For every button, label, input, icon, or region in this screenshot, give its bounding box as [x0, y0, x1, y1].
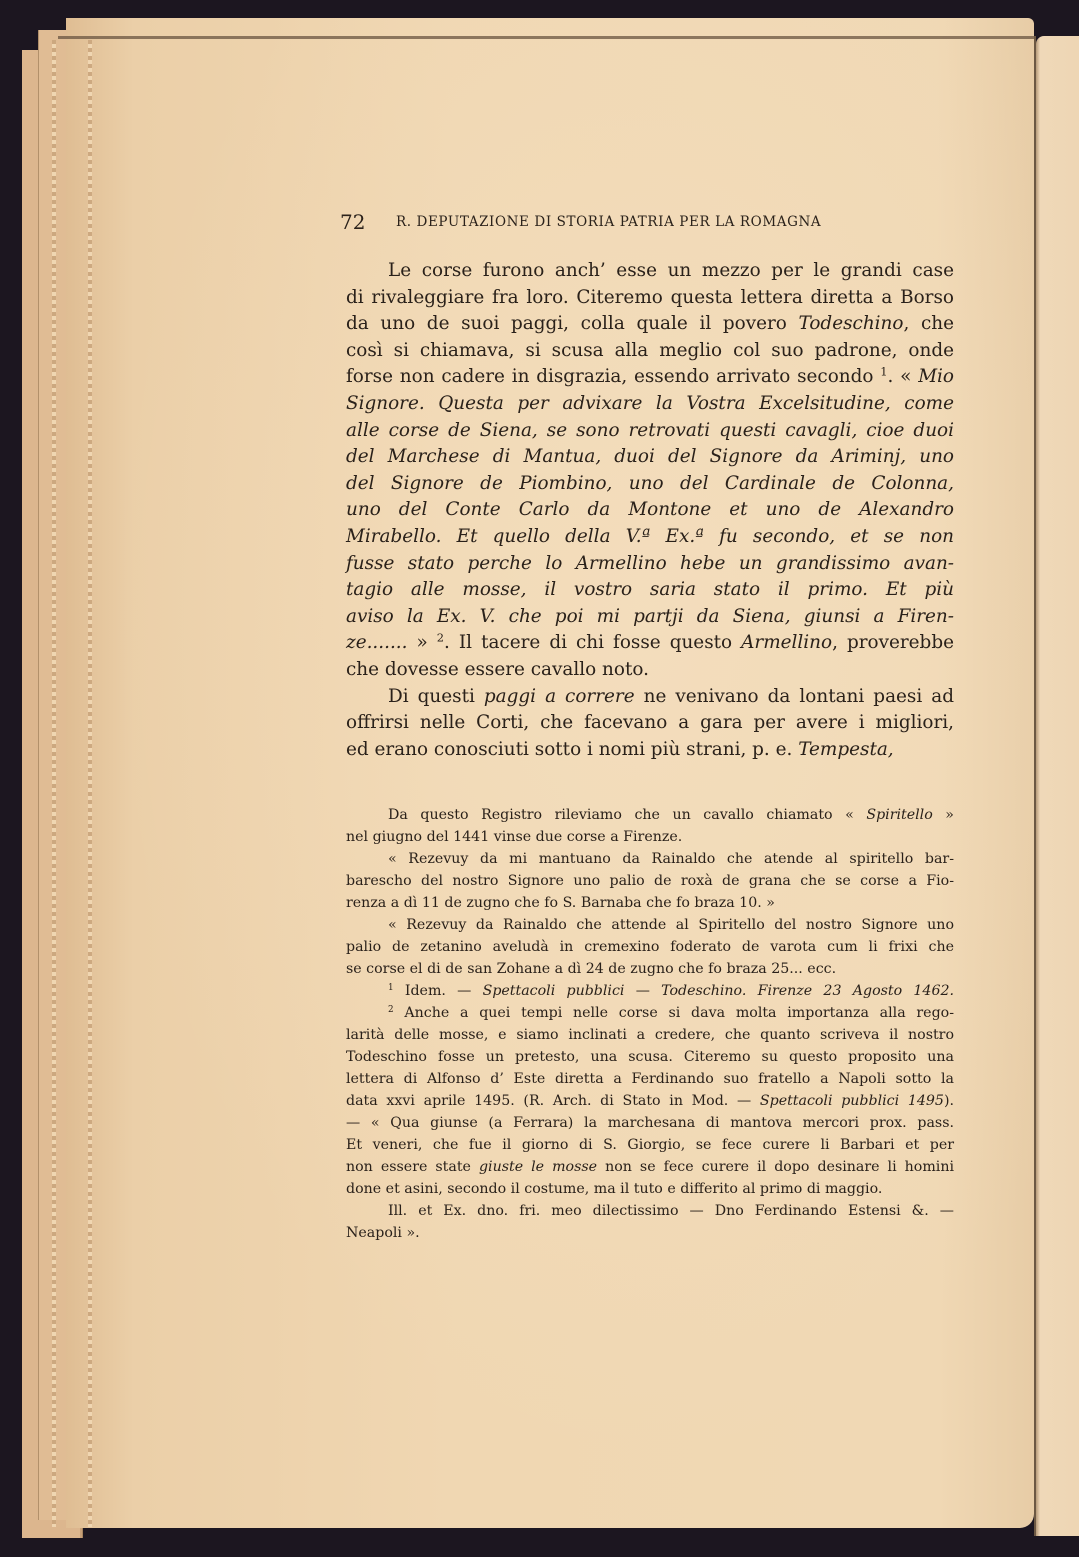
text-line: forse non cadere in disgrazia, essendo a… [346, 364, 954, 391]
text-run: Signore. Questa per advixare la Vostra E… [346, 393, 954, 414]
text-run: Mio [918, 366, 954, 387]
text-run: barescho del nostro Signore uno palio de… [346, 873, 954, 889]
text-run: nel giugno del 1441 vinse due corse a Fi… [346, 829, 682, 845]
text-line: larità delle mosse, e siamo inclinati a … [346, 1024, 954, 1046]
text-run: larità delle mosse, e siamo inclinati a … [346, 1027, 954, 1043]
text-run: , che [903, 313, 954, 334]
text-run: — [624, 983, 661, 999]
text-line: « Rezevuy da mi mantuano da Rainaldo che… [346, 848, 954, 870]
text-run: forse non cadere in disgrazia, essendo a… [346, 366, 880, 387]
text-line: del Marchese di Mantua, duoi del Signore… [346, 444, 954, 471]
text-line: da uno de suoi paggi, colla quale il pov… [346, 311, 954, 338]
text-run: . « [888, 366, 919, 387]
text-run: Le corse furono anch’ esse un mezzo per … [388, 260, 954, 281]
text-line: se corse el di de san Zohane a dì 24 de … [346, 958, 954, 980]
text-run: » [408, 632, 437, 653]
text-line: fusse stato perche lo Armellino hebe un … [346, 551, 954, 578]
text-line: Todeschino fosse un pretesto, una scusa.… [346, 1046, 954, 1068]
gutter [1034, 36, 1036, 1536]
text-line: così si chiamava, si scusa alla meglio c… [346, 338, 954, 365]
text-run: « Rezevuy da mi mantuano da Rainaldo che… [388, 851, 954, 867]
text-line: ze....... » 2. Il tacere di chi fosse qu… [346, 630, 954, 657]
text-run: Et veneri, che fue il giorno di S. Giorg… [346, 1137, 954, 1153]
text-run: che dovesse essere cavallo noto. [346, 659, 649, 680]
running-head: R. DEPUTAZIONE DI STORIA PATRIA PER LA R… [396, 214, 821, 230]
footnote-marker: 2 [437, 631, 444, 645]
text-run: Neapoli ». [346, 1225, 420, 1241]
footnote-1: 1 Idem. — Spettacoli pubblici — Todeschi… [346, 980, 954, 1002]
text-run: offrirsi nelle Corti, che facevano a gar… [346, 712, 954, 733]
text-run: ne venivano da lontani paesi ad [635, 686, 954, 707]
text-run: . Il tacere di chi fosse questo [444, 632, 741, 653]
text-run: non essere state [346, 1159, 479, 1175]
text-run: Todeschino fosse un pretesto, una scusa.… [346, 1049, 954, 1065]
text-run: Tempesta, [798, 739, 893, 760]
text-line: — « Qua giunse (a Ferrara) la marchesana… [346, 1112, 954, 1134]
text-line: aviso la Ex. V. che poi mi partji da Sie… [346, 604, 954, 631]
book-page [66, 18, 1034, 1528]
text-line: Le corse furono anch’ esse un mezzo per … [346, 258, 954, 285]
text-run: , proverebbe [832, 632, 954, 653]
text-line: 2 Anche a quei tempi nelle corse si dava… [346, 1002, 954, 1024]
text-line: che dovesse essere cavallo noto. [346, 657, 954, 684]
text-run: se corse el di de san Zohane a dì 24 de … [346, 961, 836, 977]
text-run: paggi a correre [484, 686, 635, 707]
text-line: offrirsi nelle Corti, che facevano a gar… [346, 710, 954, 737]
text-line: Signore. Questa per advixare la Vostra E… [346, 391, 954, 418]
footnote-marker: 1 [880, 365, 887, 379]
text-run: tagio alle mosse, il vostro saria stato … [346, 579, 954, 600]
paragraph: Le corse furono anch’ esse un mezzo per … [346, 258, 954, 684]
page-header: 72 R. DEPUTAZIONE DI STORIA PATRIA PER L… [340, 210, 955, 236]
text-line: Neapoli ». [346, 1222, 954, 1244]
text-run: lettera di Alfonso d’ Este diretta a Fer… [346, 1071, 954, 1087]
text-line: uno del Conte Carlo da Montone et uno de… [346, 497, 954, 524]
text-run: Todeschino. Firenze 23 Agosto 1462. [661, 983, 954, 999]
text-line: renza a dì 11 de zugno che fo S. Barnaba… [346, 892, 954, 914]
footnotes: Da questo Registro rileviamo che un cava… [346, 804, 954, 1244]
text-line: « Rezevuy da Rainaldo che attende al Spi… [346, 914, 954, 936]
text-run: Idem. — [394, 983, 483, 999]
text-run: Spettacoli pubblici 1495 [760, 1093, 944, 1109]
text-line: Mirabello. Et quello della V.ª Ex.ª fu s… [346, 524, 954, 551]
text-run: del Signore de Piombino, uno del Cardina… [346, 473, 954, 494]
text-run: « Rezevuy da Rainaldo che attende al Spi… [388, 917, 954, 933]
text-line: done et asini, secondo il costume, ma il… [346, 1178, 954, 1200]
page-top-edge [58, 36, 1034, 39]
binding-stitch [52, 40, 56, 1527]
text-line: 1 Idem. — Spettacoli pubblici — Todeschi… [346, 980, 954, 1002]
text-line: Et veneri, che fue il giorno di S. Giorg… [346, 1134, 954, 1156]
binding-stitch [88, 40, 92, 1527]
text-line: lettera di Alfonso d’ Este diretta a Fer… [346, 1068, 954, 1090]
scanned-book-spread: 72 R. DEPUTAZIONE DI STORIA PATRIA PER L… [0, 0, 1079, 1557]
page-number: 72 [340, 210, 365, 234]
text-run: — « Qua giunse (a Ferrara) la marchesana… [346, 1115, 954, 1131]
footnote-2: 2 Anche a quei tempi nelle corse si dava… [346, 1002, 954, 1244]
text-line: tagio alle mosse, il vostro saria stato … [346, 577, 954, 604]
text-run: così si chiamava, si scusa alla meglio c… [346, 340, 954, 361]
text-run: data xxvi aprile 1495. (R. Arch. di Stat… [346, 1093, 760, 1109]
text-line: data xxvi aprile 1495. (R. Arch. di Stat… [346, 1090, 954, 1112]
text-run: Spiritello [866, 807, 932, 823]
text-run: ). [944, 1093, 954, 1109]
text-run: Da questo Registro rileviamo che un cava… [388, 807, 866, 823]
text-line: barescho del nostro Signore uno palio de… [346, 870, 954, 892]
text-run: palio de zetanino aveludà in cremexino f… [346, 939, 954, 955]
text-run: Mirabello. Et quello della V.ª Ex.ª fu s… [346, 526, 954, 547]
text-run: di rivaleggiare fra loro. Citeremo quest… [346, 287, 954, 308]
text-run: Di questi [388, 686, 484, 707]
text-run: Armellino [741, 632, 832, 653]
text-run: fusse stato perche lo Armellino hebe un … [346, 553, 954, 574]
text-run: Anche a quei tempi nelle corse si dava m… [394, 1005, 954, 1021]
text-run: alle corse de Siena, se sono retrovati q… [346, 420, 954, 441]
text-run: » [933, 807, 954, 823]
text-run: non se fece curere il dopo desinare li h… [597, 1159, 954, 1175]
text-run: del Marchese di Mantua, duoi del Signore… [346, 446, 954, 467]
text-run: da uno de suoi paggi, colla quale il pov… [346, 313, 799, 334]
text-run: renza a dì 11 de zugno che fo S. Barnaba… [346, 895, 775, 911]
facing-page-edge [1036, 36, 1079, 1536]
text-run: ze....... [346, 632, 408, 653]
text-line: di rivaleggiare fra loro. Citeremo quest… [346, 285, 954, 312]
text-line: non essere state giuste le mosse non se … [346, 1156, 954, 1178]
text-line: Di questi paggi a correre ne venivano da… [346, 684, 954, 711]
paragraph: Di questi paggi a correre ne venivano da… [346, 684, 954, 764]
text-run: giuste le mosse [479, 1159, 597, 1175]
footnote-continuation: Da questo Registro rileviamo che un cava… [346, 804, 954, 980]
text-run: Todeschino [799, 313, 904, 334]
text-line: del Signore de Piombino, uno del Cardina… [346, 471, 954, 498]
text-run: ed erano conosciuti sotto i nomi più str… [346, 739, 798, 760]
text-line: palio de zetanino aveludà in cremexino f… [346, 936, 954, 958]
text-line: nel giugno del 1441 vinse due corse a Fi… [346, 826, 954, 848]
text-line: Ill. et Ex. dno. fri. meo dilectissimo —… [346, 1200, 954, 1222]
text-line: ed erano conosciuti sotto i nomi più str… [346, 737, 954, 764]
main-text: Le corse furono anch’ esse un mezzo per … [346, 258, 954, 763]
text-line: Da questo Registro rileviamo che un cava… [346, 804, 954, 826]
text-run: aviso la Ex. V. che poi mi partji da Sie… [346, 606, 954, 627]
text-run: uno del Conte Carlo da Montone et uno de… [346, 499, 954, 520]
text-run: Ill. et Ex. dno. fri. meo dilectissimo —… [388, 1203, 954, 1219]
text-run: Spettacoli pubblici [483, 983, 625, 999]
text-run: done et asini, secondo il costume, ma il… [346, 1181, 882, 1197]
text-line: alle corse de Siena, se sono retrovati q… [346, 418, 954, 445]
